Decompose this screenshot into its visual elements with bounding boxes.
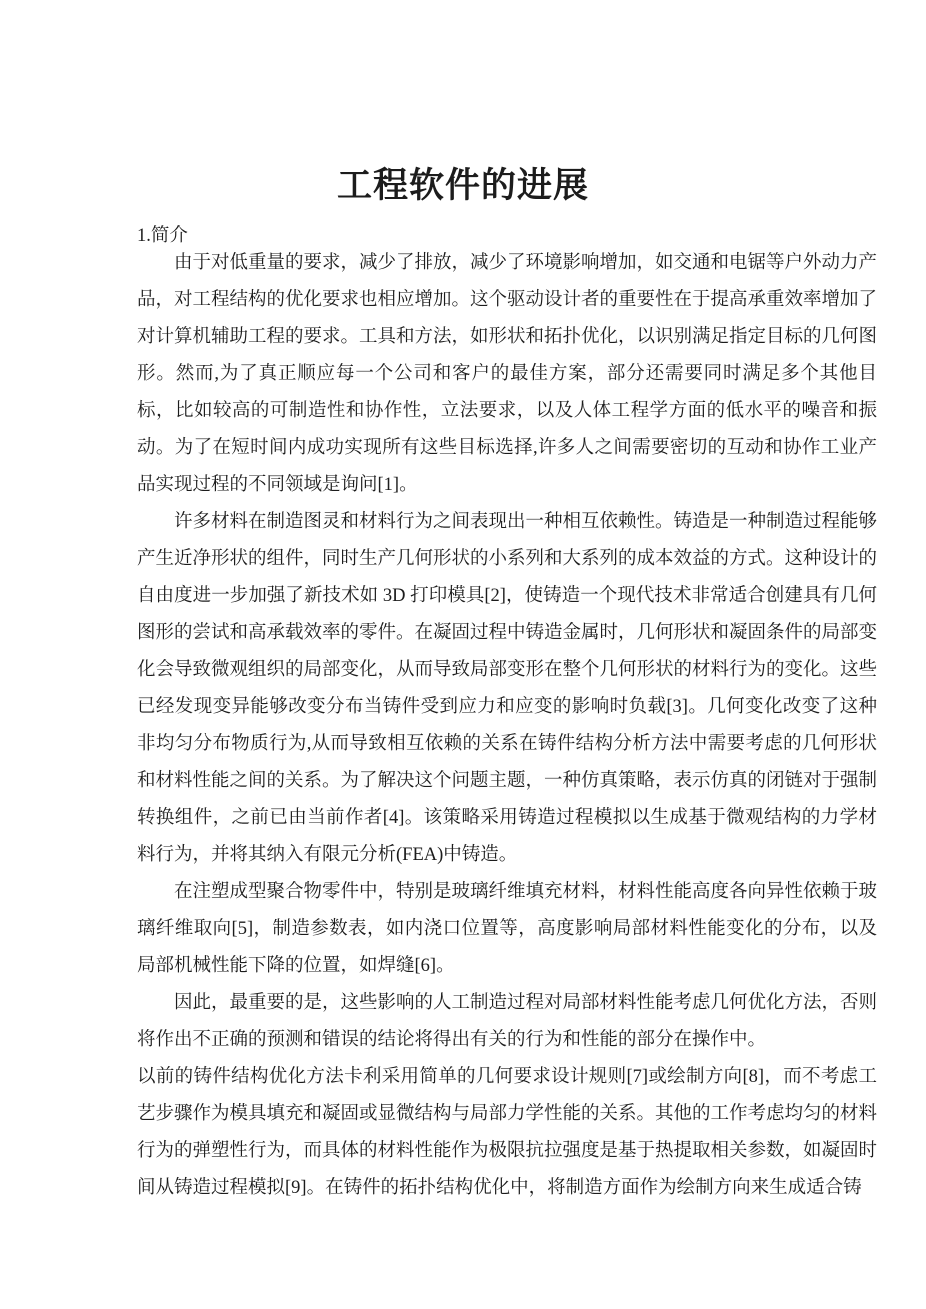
paragraph-intro-1: 由于对低重量的要求，减少了排放，减少了环境影响增加，如交通和电锯等户外动力产品，… <box>137 245 877 504</box>
document-body: 由于对低重量的要求，减少了排放，减少了环境影响增加，如交通和电锯等户外动力产品，… <box>137 245 877 1207</box>
paragraph-injection-molding: 在注塑成型聚合物零件中，特别是玻璃纤维填充材料，材料性能高度各向异性依赖于玻璃纤… <box>137 874 877 985</box>
paragraph-previous-methods: 以前的铸件结构优化方法卡利采用简单的几何要求设计规则[7]或绘制方向[8]，而不… <box>137 1059 877 1207</box>
document-title: 工程软件的进展 <box>0 161 926 211</box>
paragraph-conclusion-importance: 因此，最重要的是，这些影响的人工制造过程对局部材料性能考虑几何优化方法，否则将作… <box>137 985 877 1059</box>
paragraph-casting-interdependency: 许多材料在制造图灵和材料行为之间表现出一种相互依赖性。铸造是一种制造过程能够产生… <box>137 504 877 874</box>
document-page: { "doc": { "title": "工程软件的进展", "section_… <box>0 0 926 1309</box>
